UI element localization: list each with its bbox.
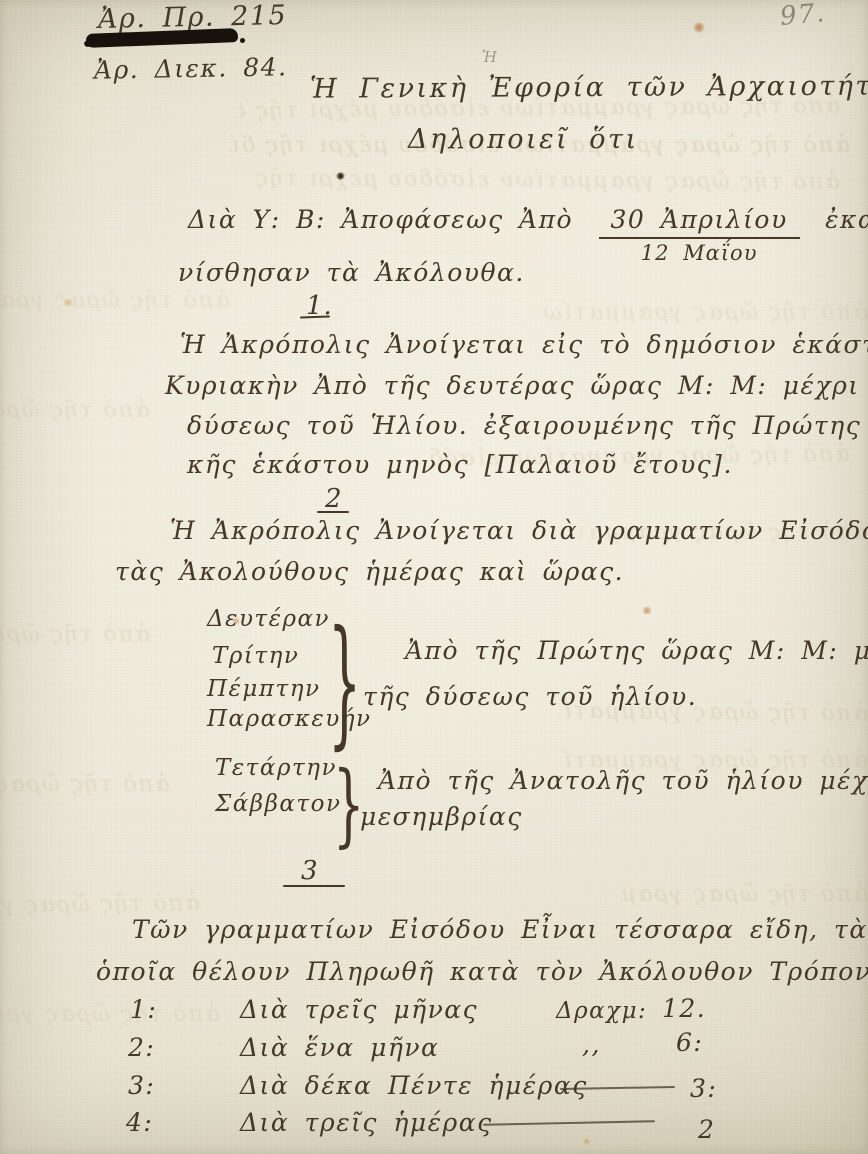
foxing-spot	[64, 298, 73, 307]
price-row-1-value: 12.	[662, 994, 706, 1024]
price-row-3-number: 3:	[128, 1071, 155, 1101]
date-fraction: 30 Ἀπριλίου 12 Μαΐου	[599, 205, 800, 266]
schedule-2-time-line-2: μεσημβρίας	[360, 802, 523, 832]
bleedthrough-text: ἀπὸ τῆς ὥρας γραμματίων εἰσόδου μέχρι τῆ…	[0, 772, 170, 797]
schedule-2-day-wednesday: Τετάρτην	[215, 755, 337, 783]
price-row-4-value: 2	[698, 1115, 715, 1145]
price-row-2-number: 2:	[128, 1033, 155, 1063]
schedule-2-day-saturday: Σάββατον	[215, 791, 341, 819]
schedule-1-day-tuesday: Τρίτην	[212, 643, 299, 671]
section-2-number: 2	[325, 484, 343, 514]
intro-line-1: Διὰ Υ: Β: Ἀποφάσεως Ἀπὸ 30 Ἀπριλίου 12 Μ…	[188, 205, 868, 266]
schedule-1-day-thursday: Πέμπτην	[207, 676, 320, 704]
intro-line-2: νίσθησαν τὰ Ἀκόλουθα.	[178, 258, 525, 288]
section-3-underline	[283, 885, 345, 887]
section-1-line-4: κῆς ἑκάστου μηνὸς [Παλαιοῦ ἔτους].	[187, 450, 733, 480]
intro-text-after-date: ἐκανο-	[825, 205, 868, 234]
price-ditto-mark: ,,	[582, 1030, 601, 1060]
section-2-line-1: Ἡ Ἀκρόπολις Ἀνοίγεται διὰ γραμματίων Εἰσ…	[170, 516, 868, 546]
date-gregorian: 12 Μαΐου	[599, 239, 800, 266]
section-1-line-3: δύσεως τοῦ Ἡλίου. ἐξαιρουμένης τῆς Πρώτη…	[187, 411, 868, 441]
document-title: Ἡ Γενικὴ Ἐφορία τῶν Ἀρχαιοτήτων	[310, 70, 868, 104]
price-row-4-dash	[483, 1120, 655, 1126]
price-currency-label: Δραχμ:	[556, 998, 647, 1026]
stray-ink-mark: Ἡ	[482, 48, 497, 66]
page-number: 97.	[779, 0, 827, 33]
section-3-number: 3	[301, 856, 319, 886]
schedule-1-brace: }	[328, 600, 361, 763]
price-row-1-text: Διὰ τρεῖς μῆνας	[240, 995, 478, 1025]
section-1-line-2: Κυριακὴν Ἀπὸ τῆς δευτέρας ὥρας Μ: Μ: μέχ…	[165, 371, 868, 401]
bleedthrough-text: ἀπὸ τῆς ὥρας γραμματίων εἰσόδου μέχρι τῆ…	[0, 288, 230, 313]
section-1-line-1: Ἡ Ἀκρόπολις Ἀνοίγεται εἰς τὸ δημόσιον ἑκ…	[180, 330, 868, 360]
schedule-2-time-line-1: Ἀπὸ τῆς Ἀνατολῆς τοῦ ἡλίου μέχρι τῆς	[378, 766, 868, 796]
price-row-3-value: 3:	[690, 1074, 717, 1104]
bleedthrough-text: ἀπὸ τῆς ὥρας γραμματίων εἰσόδου μέχρι τῆ…	[0, 398, 150, 423]
price-row-2-value: 6:	[676, 1028, 703, 1058]
price-row-1-number: 1:	[130, 995, 157, 1025]
dispatch-number: Ἀρ. Διεκ. 84.	[94, 52, 288, 85]
ink-dot	[240, 38, 245, 43]
price-row-4-text: Διὰ τρεῖς ἡμέρας	[240, 1108, 493, 1138]
section-3-line-2: ὁποῖα θέλουν Πληρωθῆ κατὰ τὸν Ἀκόλουθον …	[96, 957, 868, 987]
bleedthrough-text: ἀπὸ τῆς ὥρας γραμματίων εἰσόδου μέχρι τῆ…	[0, 622, 150, 647]
schedule-1-time-line-2: τῆς δύσεως τοῦ ἡλίου.	[363, 682, 697, 712]
foxing-spot	[583, 1138, 590, 1145]
price-row-2-text: Διὰ ἕνα μῆνα	[240, 1033, 439, 1063]
section-3-line-1: Τῶν γραμματίων Εἰσόδου Εἶναι τέσσαρα εἴδ…	[132, 915, 868, 945]
foxing-spot	[642, 606, 652, 615]
bleedthrough-text: ἀπὸ τῆς ὥρας γραμματίων εἰσόδου μέχρι τῆ…	[620, 882, 868, 907]
manuscript-page: ἀπὸ τῆς ὥρας γραμματίων εἰσόδου μέχρι τῆ…	[0, 0, 868, 1154]
document-subtitle: Δηλοποιεῖ ὅτι	[408, 124, 639, 155]
bleedthrough-text: ἀπὸ τῆς ὥρας γραμματίων εἰσόδου μέχρι τῆ…	[0, 1002, 220, 1027]
schedule-1-time-line-1: Ἀπὸ τῆς Πρώτης ὥρας Μ: Μ: μέχρι	[405, 636, 868, 666]
bleedthrough-text: ἀπὸ τῆς ὥρας γραμματίων εἰσόδου μέχρι τῆ…	[540, 300, 868, 325]
ink-spot	[336, 172, 345, 180]
price-row-4-number: 4:	[126, 1108, 153, 1138]
bleedthrough-text: ἀπὸ τῆς ὥρας γραμματίων εἰσόδου μέχρι τῆ…	[250, 166, 840, 195]
schedule-1-day-monday: Δευτέραν	[207, 606, 330, 634]
section-2-underline	[317, 511, 349, 513]
foxing-spot	[693, 22, 705, 33]
date-julian: 30 Ἀπριλίου	[599, 205, 800, 239]
intro-text-before-date: Διὰ Υ: Β: Ἀποφάσεως Ἀπὸ	[188, 205, 573, 234]
price-row-3-text: Διὰ δέκα Πέντε ἡμέρας	[240, 1071, 588, 1101]
section-2-line-2: τὰς Ἀκολούθους ἡμέρας καὶ ὥρας.	[115, 557, 624, 587]
